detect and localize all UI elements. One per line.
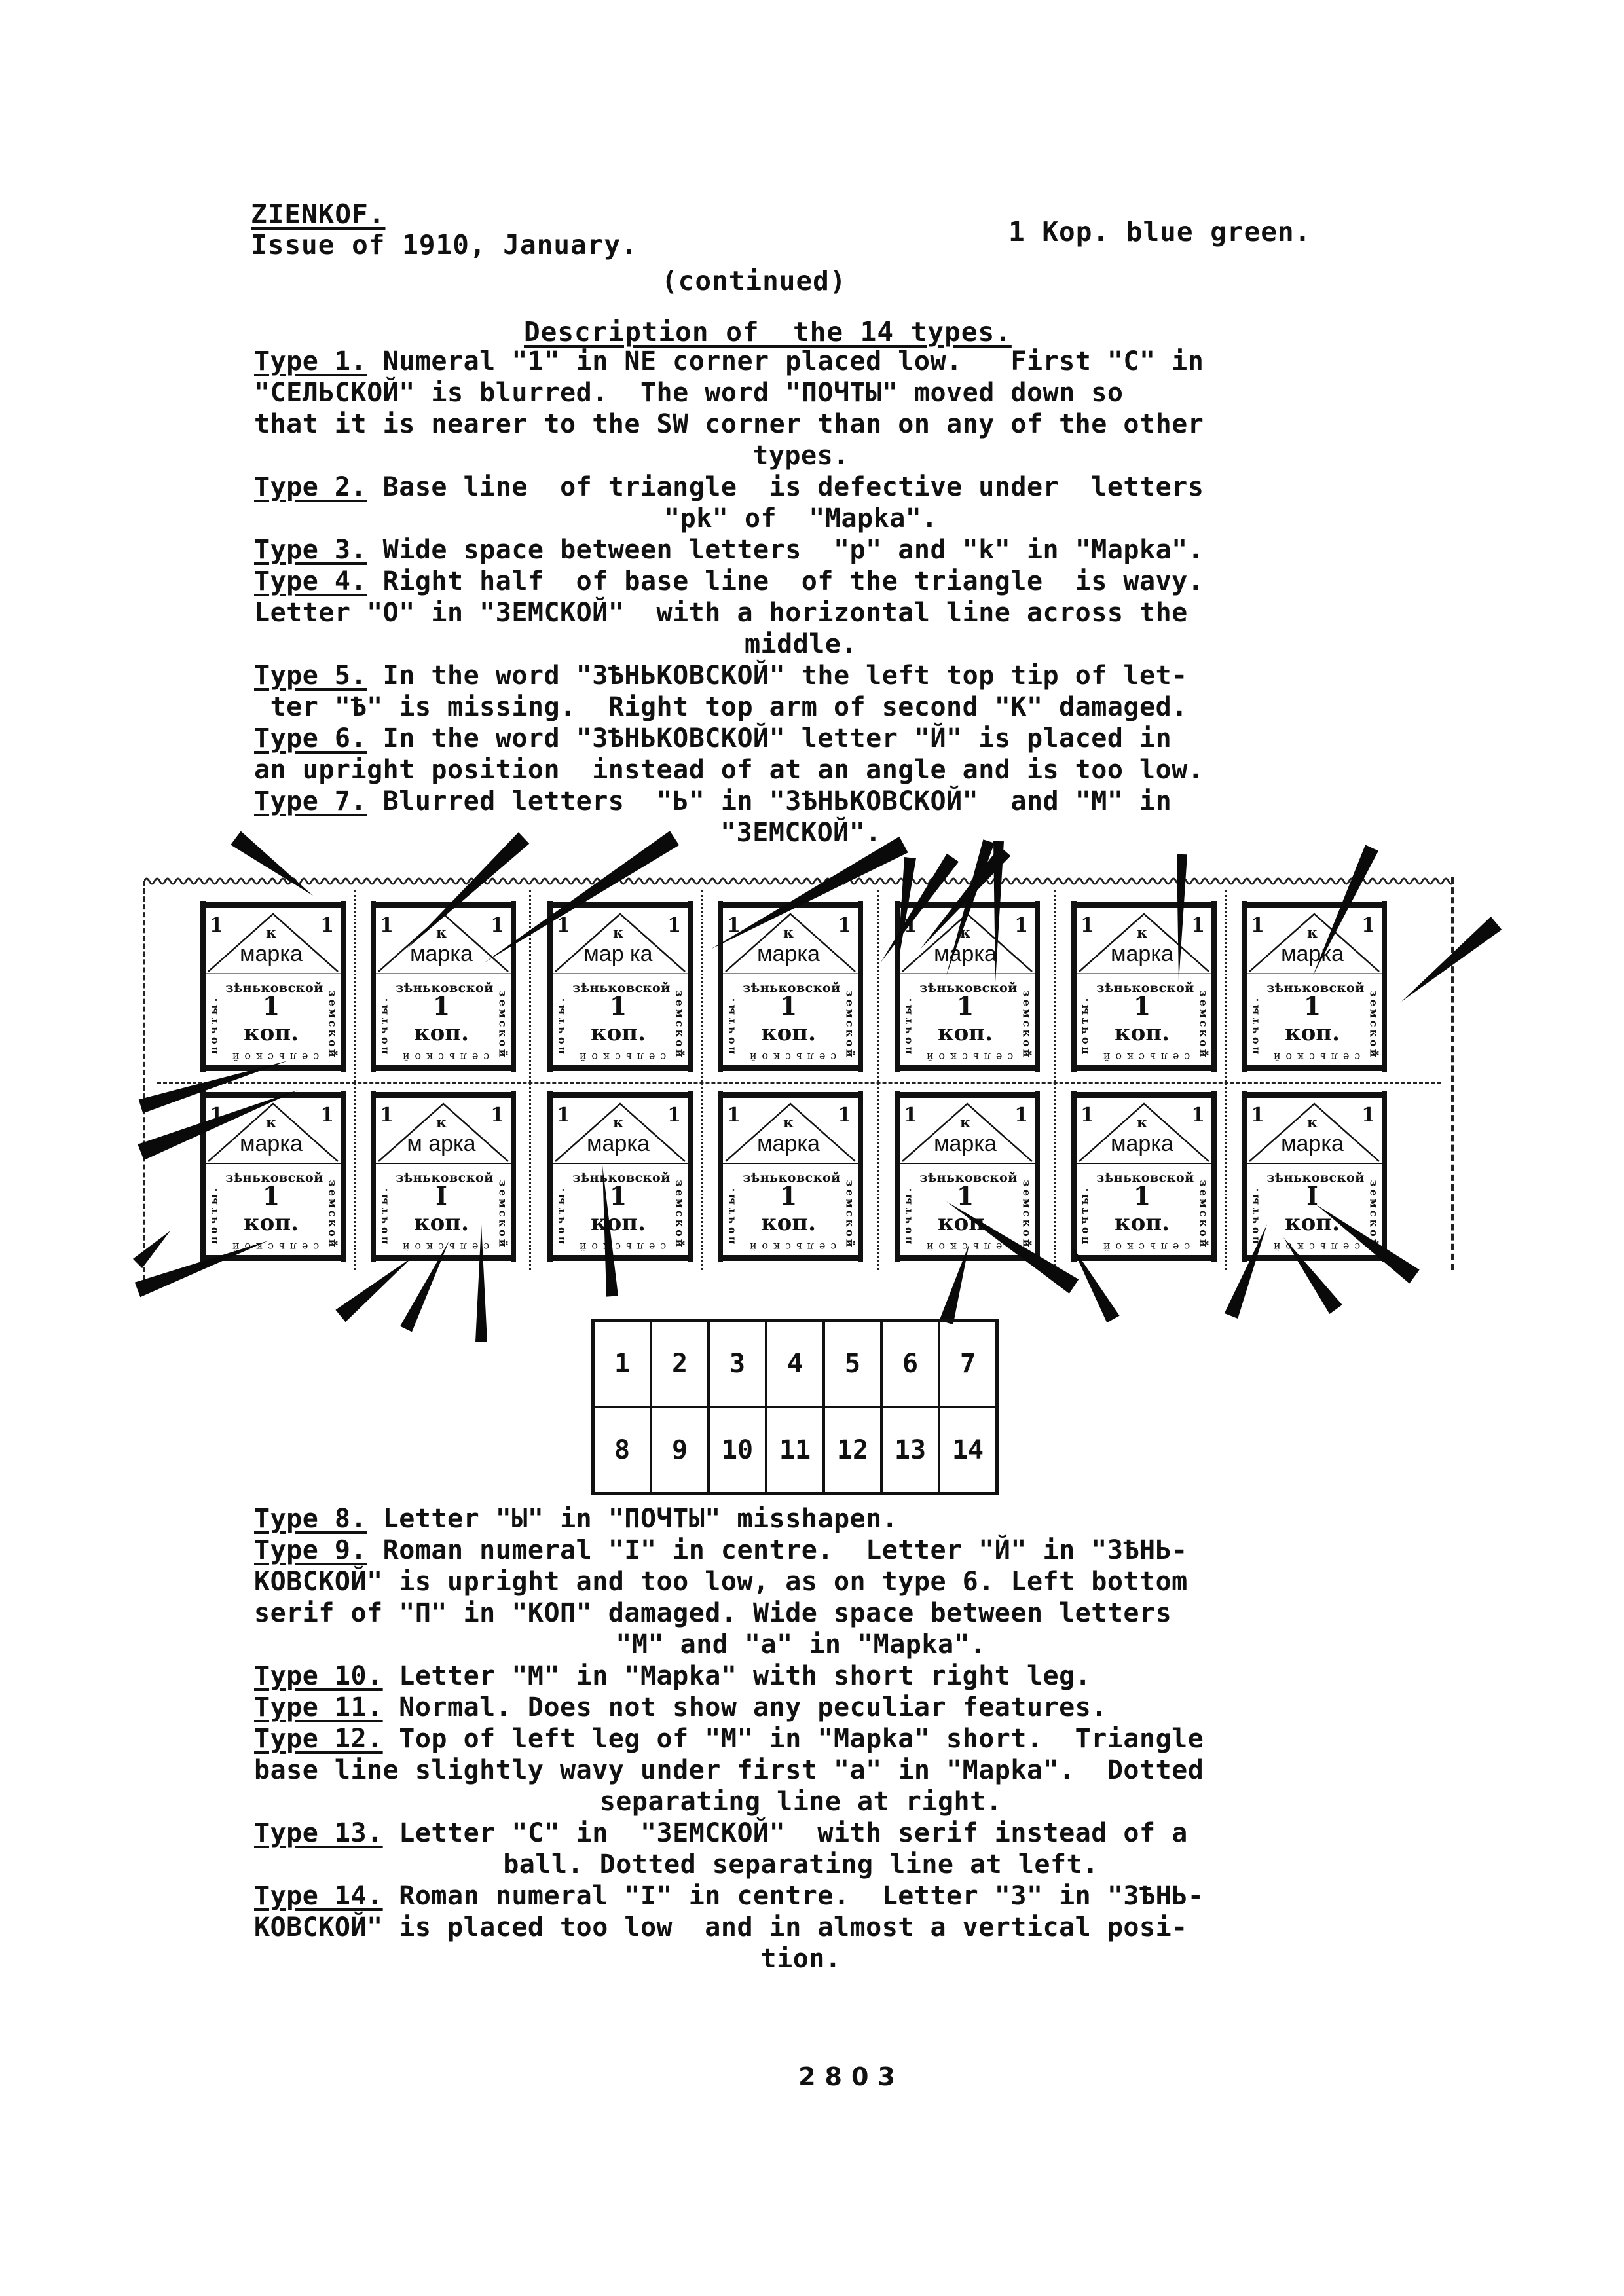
key-cell: 12 [824,1407,881,1494]
stamp-left-text: почты. [725,994,737,1057]
stamp-corner-numeral: 1 [1251,914,1264,937]
key-cell: 7 [939,1321,997,1408]
stamp-kop: коп. [367,1210,516,1236]
stamp-k: к [1238,924,1387,941]
stamp-corner-numeral: 1 [1014,914,1028,937]
wavy-sheet-edge [144,875,1454,888]
perforation-column [701,890,703,1270]
type-description-continuation: serif of "П" in "КОП" damaged. Wide spac… [254,1597,1348,1629]
perforation-row [157,1082,1441,1084]
type-description: Type 7. Blurred letters "Ь" in "ЗѢНЬКОВС… [254,786,1348,817]
stamp-left-text: почты. [378,994,390,1057]
key-row: 891011121314 [593,1407,997,1494]
stamp-district: зѣньковской [393,981,496,995]
stamp-bottom-text: сельской [1078,1051,1210,1063]
stamp-value: 1 [891,1181,1040,1211]
key-cell: 14 [939,1407,997,1494]
stamp-type-6: 11кмарказѣньковской1коп.почты.земскойсел… [1067,901,1217,1072]
stamp-kop: коп. [714,1020,863,1046]
stamp-corner-numeral: 1 [210,1104,223,1127]
type-key-table: 1234567891011121314 [591,1319,999,1495]
stamp-value: 1 [196,991,346,1021]
stamp-corner-numeral: 1 [320,914,334,937]
stamp-marka: марка [1067,1131,1217,1157]
stamp-marka: марка [891,941,1040,967]
type-description-continuation: middle. [254,629,1348,660]
stamp-district: зѣньковской [570,981,673,995]
type-description: Type 3. Wide space between letters "p" a… [254,534,1348,566]
page-number: 2803 [773,2062,930,2091]
sheet-edge [143,881,145,1280]
stamp-marka: марка [367,941,516,967]
stamp-bottom-text: сельской [1248,1241,1380,1253]
stamp-corner-numeral: 1 [727,914,741,937]
type-label: Type 9. [254,1535,367,1565]
stamp-corner-numeral: 1 [380,914,394,937]
stamp-marka: марка [196,941,346,967]
type-description-continuation: ball. Dotted separating line at left. [254,1849,1348,1880]
stamp-k: к [367,924,516,941]
stamp-type-9: 11км арказѣньковскойIкоп.почты.земскойсе… [367,1091,516,1262]
stamp-left-text: почты. [208,994,220,1057]
type-label: Type 3. [254,535,367,565]
stamp-kop: коп. [1067,1020,1217,1046]
type-description-continuation: "pk" of "Mapka". [254,503,1348,534]
key-cell: 8 [593,1407,652,1494]
stamp-right-text: земской [497,991,509,1053]
type-description: Type 10. Letter "M" in "Mapka" with shor… [254,1660,1348,1692]
type-description: Type 8. Letter "Ы" in "ПОЧТЫ" misshapen. [254,1503,1348,1535]
value-color: 1 Kop. blue green. [1008,216,1311,247]
type-description: Type 11. Normal. Does not show any pecul… [254,1692,1348,1723]
type-label: Type 11. [254,1692,383,1722]
stamp-corner-numeral: 1 [667,1104,681,1127]
stamp-kop: коп. [544,1020,693,1046]
stamp-bottom-text: сельской [901,1051,1033,1063]
key-cell: 5 [824,1321,881,1408]
stamp-marka: марка [714,1131,863,1157]
stamp-left-text: почты. [1079,1184,1091,1247]
stamp-district: зѣньковской [1094,1171,1197,1185]
stamp-kop: коп. [891,1210,1040,1236]
stamp-left-text: почты. [1079,994,1091,1057]
stamp-right-text: земской [1368,991,1380,1053]
stamp-left-text: почты. [555,994,567,1057]
stamp-district: зѣньковской [740,981,843,995]
stamp-right-text: земской [674,1180,686,1243]
stamp-bottom-text: сельской [724,1241,857,1253]
stamp-bottom-text: сельской [207,1241,339,1253]
key-row: 1234567 [593,1321,997,1408]
stamp-type-3: 11кмар казѣньковской1коп.почты.земскойсе… [544,901,693,1072]
stamp-corner-numeral: 1 [904,1104,917,1127]
stamp-district: зѣньковской [1094,981,1197,995]
key-cell: 11 [766,1407,824,1494]
type-description: Type 5. In the word "ЗѢНЬКОВСКОЙ" the le… [254,660,1348,691]
stamp-kop: коп. [1238,1210,1387,1236]
perforation-column [354,890,356,1270]
stamp-bottom-text: сельской [554,1241,686,1253]
type-description: Type 12. Top of left leg of "M" in "Mapk… [254,1723,1348,1755]
type-description-continuation: "M" and "a" in "Mapka". [254,1629,1348,1660]
stamp-value: 1 [714,991,863,1021]
stamp-k: к [196,924,346,941]
stamp-corner-numeral: 1 [1191,1104,1205,1127]
type-description-continuation: an upright position instead of at an ang… [254,754,1348,786]
stamp-type-12: 11кмарказѣньковской1коп.почты.земскойсел… [891,1091,1040,1262]
stamp-type-2: 11кмарказѣньковской1коп.почты.земскойсел… [367,901,516,1072]
stamp-corner-numeral: 1 [904,914,917,937]
stamp-k: к [1067,924,1217,941]
stamp-kop: коп. [1067,1210,1217,1236]
stamp-kop: коп. [891,1020,1040,1046]
type-description-continuation: Letter "O" in "ЗЕМСКОЙ" with a horizonta… [254,597,1348,629]
stamp-bottom-text: сельской [554,1051,686,1063]
stamp-right-text: земской [1021,1180,1033,1243]
stamp-k: к [367,1114,516,1131]
perforation-column [877,890,879,1270]
stamp-value: 1 [544,1181,693,1211]
stamp-bottom-text: сельской [724,1051,857,1063]
stamp-marka: марка [544,1131,693,1157]
key-cell: 3 [709,1321,766,1408]
stamp-kop: коп. [544,1210,693,1236]
stamp-type-4: 11кмарказѣньковской1коп.почты.земскойсел… [714,901,863,1072]
type-label: Type 1. [254,346,367,376]
stamp-corner-numeral: 1 [1014,1104,1028,1127]
type-description: Type 13. Letter "C" in "ЗЕМСКОЙ" with se… [254,1817,1348,1849]
stamp-kop: коп. [196,1210,346,1236]
stamp-k: к [1238,1114,1387,1131]
stamp-right-text: земской [497,1180,509,1243]
stamp-right-text: земской [327,991,339,1053]
stamp-left-text: почты. [1249,1184,1261,1247]
key-cell: 2 [651,1321,709,1408]
type-description: Type 9. Roman numeral "I" in centre. Let… [254,1535,1348,1566]
type-label: Type 13. [254,1818,383,1848]
stamp-marka: марка [1238,941,1387,967]
stamp-k: к [891,924,1040,941]
stamp-corner-numeral: 1 [1191,914,1205,937]
stamp-type-10: 11кмарказѣньковской1коп.почты.земскойсел… [544,1091,693,1262]
type-description: Type 1. Numeral "1" in NE corner placed … [254,346,1348,377]
type-description-continuation: base line slightly wavy under first "a" … [254,1755,1348,1786]
type-description-continuation: КОВСКОЙ" is upright and too low, as on t… [254,1566,1348,1597]
stamp-right-text: земской [844,991,857,1053]
stamp-marka: марка [714,941,863,967]
stamp-corner-numeral: 1 [490,914,504,937]
type-description-continuation: "CEЛЬСКОЙ" is blurred. The word "ПОЧТЫ" … [254,377,1348,409]
stamp-kop: коп. [714,1210,863,1236]
stamp-marka: марка [1238,1131,1387,1157]
stamp-corner-numeral: 1 [1361,1104,1375,1127]
type-label: Type 7. [254,786,367,816]
stamp-type-14: 11кмарказѣньковскойIкоп.почты.земскойсел… [1238,1091,1387,1262]
stamp-corner-numeral: 1 [1080,1104,1094,1127]
stamp-district: зѣньковской [740,1171,843,1185]
stamp-corner-numeral: 1 [557,1104,570,1127]
stamp-corner-numeral: 1 [557,914,570,937]
stamp-district: зѣньковской [1264,981,1367,995]
stamp-marka: марка [891,1131,1040,1157]
type-label: Type 8. [254,1504,367,1534]
stamp-corner-numeral: 1 [727,1104,741,1127]
type-description: Type 14. Roman numeral "I" in centre. Le… [254,1880,1348,1912]
stamp-right-text: земской [1021,991,1033,1053]
type-descriptions-bottom: Type 8. Letter "Ы" in "ПОЧТЫ" misshapen.… [254,1503,1348,1975]
stamp-left-text: почты. [555,1184,567,1247]
stamp-district: зѣньковской [917,981,1020,995]
issue-date: Issue of 1910, January. [251,229,638,261]
stamp-district: зѣньковской [223,981,326,995]
type-description-continuation: types. [254,440,1348,471]
stamp-left-text: почты. [208,1184,220,1247]
stamp-k: к [544,924,693,941]
stamp-corner-numeral: 1 [838,914,851,937]
stamp-bottom-text: сельской [207,1051,339,1063]
type-label: Type 2. [254,472,367,502]
type-description: Type 2. Base line of triangle is defecti… [254,471,1348,503]
type-description: Type 6. In the word "ЗѢНЬКОВСКОЙ" letter… [254,723,1348,754]
stamp-district: зѣньковской [917,1171,1020,1185]
stamp-corner-numeral: 1 [210,914,223,937]
type-description-continuation: separating line at right. [254,1786,1348,1817]
stamp-kop: коп. [367,1020,516,1046]
stamp-k: к [196,1114,346,1131]
stamp-k: к [714,924,863,941]
type-label: Type 6. [254,723,367,754]
type-description-continuation: "ЗЕМСКОЙ". [254,817,1348,848]
key-cell: 6 [881,1321,939,1408]
stamp-right-text: земской [1198,991,1210,1053]
stamp-value: 1 [367,991,516,1021]
type-description-continuation: ter "Ѣ" is missing. Right top arm of sec… [254,691,1348,723]
stamp-right-text: земской [327,1180,339,1243]
stamp-value: 1 [1238,991,1387,1021]
key-cell: 9 [651,1407,709,1494]
type-descriptions-top: Type 1. Numeral "1" in NE corner placed … [254,346,1348,848]
perforation-column [1054,890,1056,1270]
stamp-bottom-text: сельской [901,1241,1033,1253]
stamp-k: к [891,1114,1040,1131]
stamp-value: 1 [196,1181,346,1211]
type-label: Type 10. [254,1661,383,1691]
stamp-district: зѣньковской [1264,1171,1367,1185]
stamp-corner-numeral: 1 [667,914,681,937]
stamp-type-11: 11кмарказѣньковской1коп.почты.земскойсел… [714,1091,863,1262]
stamp-left-text: почты. [725,1184,737,1247]
type-label: Type 14. [254,1881,383,1911]
stamp-bottom-text: сельской [1248,1051,1380,1063]
key-cell: 10 [709,1407,766,1494]
place-heading: ZIENKOF. [251,198,385,230]
stamp-right-text: земской [1368,1180,1380,1243]
type-description: Type 4. Right half of base line of the t… [254,566,1348,597]
stamp-corner-numeral: 1 [1361,914,1375,937]
type-label: Type 4. [254,566,367,596]
stamp-value: I [1238,1181,1387,1211]
stamp-district: зѣньковской [223,1171,326,1185]
perforation-column [529,890,531,1270]
stamp-corner-numeral: 1 [1251,1104,1264,1127]
stamp-district: зѣньковской [393,1171,496,1185]
stamp-type-5: 11кмарказѣньковской1коп.почты.земскойсел… [891,901,1040,1072]
continued-note: (continued) [661,265,847,297]
stamp-kop: коп. [196,1020,346,1046]
stamp-left-text: почты. [1249,994,1261,1057]
key-cell: 1 [593,1321,652,1408]
stamp-left-text: почты. [902,1184,914,1247]
stamp-district: зѣньковской [570,1171,673,1185]
stamp-type-7: 11кмарказѣньковской1коп.почты.земскойсел… [1238,901,1387,1072]
perforation-column [1225,890,1227,1270]
stamp-type-8: 11кмарказѣньковской1коп.почты.земскойсел… [196,1091,346,1262]
stamp-corner-numeral: 1 [320,1104,334,1127]
type-label: Type 5. [254,661,367,691]
stamp-value: I [367,1181,516,1211]
section-title: Description of the 14 types. [524,316,1012,348]
stamp-value: 1 [544,991,693,1021]
stamp-corner-numeral: 1 [1080,914,1094,937]
stamp-kop: коп. [1238,1020,1387,1046]
stamp-value: 1 [714,1181,863,1211]
stamp-k: к [1067,1114,1217,1131]
key-cell: 13 [881,1407,939,1494]
stamp-right-text: земской [1198,1180,1210,1243]
type-description-continuation: tion. [254,1943,1348,1975]
stamp-marka: марка [196,1131,346,1157]
type-label: Type 12. [254,1724,383,1754]
stamp-marka: м арка [367,1131,516,1157]
stamp-k: к [714,1114,863,1131]
stamp-right-text: земской [844,1180,857,1243]
stamp-value: 1 [891,991,1040,1021]
stamp-corner-numeral: 1 [838,1104,851,1127]
stamp-bottom-text: сельской [1078,1241,1210,1253]
type-description-continuation: that it is nearer to the SW corner than … [254,409,1348,440]
stamp-value: 1 [1067,1181,1217,1211]
stamp-marka: мар ка [544,941,693,967]
type-description-continuation: КОВСКОЙ" is placed too low and in almost… [254,1912,1348,1943]
stamp-bottom-text: сельской [377,1051,509,1063]
sheet-edge [1451,877,1454,1270]
stamp-left-text: почты. [902,994,914,1057]
stamp-type-13: 11кмарказѣньковской1коп.почты.земскойсел… [1067,1091,1217,1262]
stamp-bottom-text: сельской [377,1241,509,1253]
stamp-k: к [544,1114,693,1131]
stamp-corner-numeral: 1 [380,1104,394,1127]
stamp-type-1: 11кмарказѣньковской1коп.почты.земскойсел… [196,901,346,1072]
stamp-corner-numeral: 1 [490,1104,504,1127]
stamp-value: 1 [1067,991,1217,1021]
stamp-marka: марка [1067,941,1217,967]
stamp-right-text: земской [674,991,686,1053]
stamp-left-text: почты. [378,1184,390,1247]
key-cell: 4 [766,1321,824,1408]
